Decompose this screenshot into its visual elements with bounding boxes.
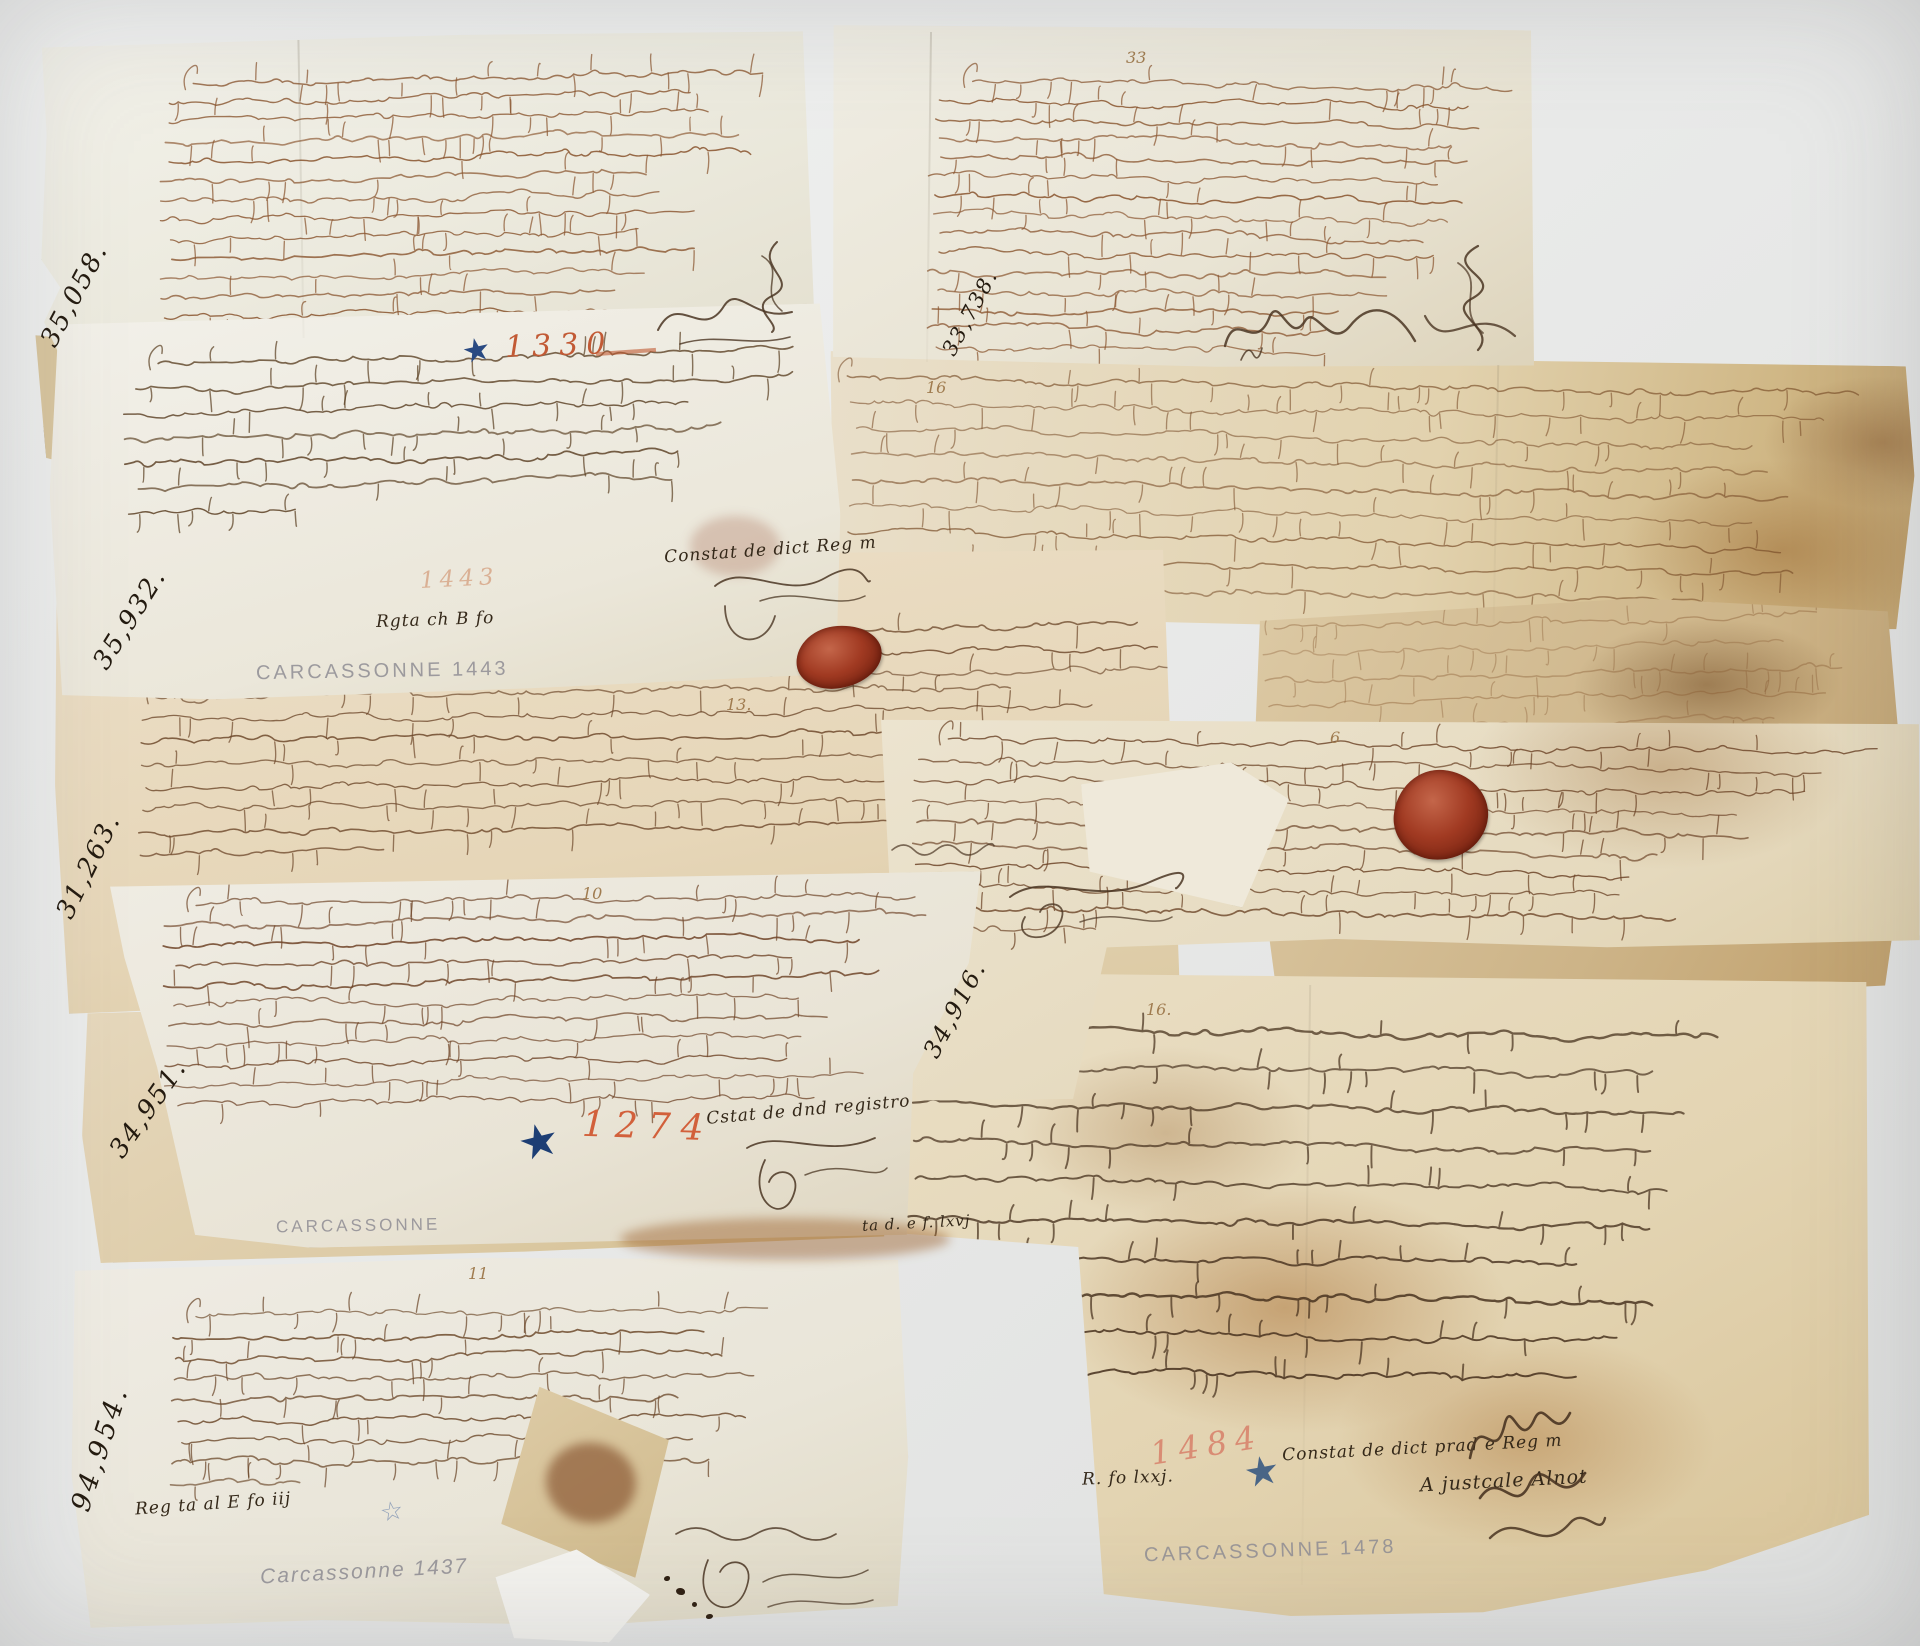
folio-number: 13.	[726, 695, 751, 714]
blue-star-stamp: ★	[1241, 1449, 1283, 1495]
ink-signature-flourish	[1000, 862, 1180, 947]
chalk-date-faint: 1443	[419, 564, 499, 594]
ink-signature-flourish	[735, 1120, 895, 1240]
folio-number: 16.	[1146, 1000, 1171, 1019]
folio-number: 16	[926, 378, 946, 397]
ink-signature-flourish	[668, 1512, 883, 1637]
folio-number: 11	[468, 1264, 488, 1283]
folio-number: 33	[1126, 48, 1146, 67]
notary-paraph	[1428, 238, 1528, 358]
notary-paraph	[742, 236, 812, 336]
ink-blot	[692, 1602, 697, 1607]
chalk-date: 1330	[504, 326, 614, 365]
photo-of-parchment-charters: 35,058. 33,738. 35,932. 31,263. 34,951. …	[0, 0, 1920, 1646]
registry-inscription: Rgta ch B fo	[376, 608, 495, 632]
chalk-date: 1274	[581, 1104, 714, 1150]
ink-signature-flourish	[705, 556, 875, 656]
notary-paraph-large	[1460, 1398, 1610, 1598]
registry-inscription: R. fo lxxj.	[1082, 1466, 1174, 1489]
stain	[542, 1438, 640, 1527]
pencil-caption: CARCASSONNE	[276, 1215, 441, 1238]
blue-ink-paraph	[1238, 342, 1264, 364]
folio-number: 10	[582, 884, 602, 903]
folio-number: 6	[1330, 728, 1340, 747]
pencil-caption: CARCASSONNE 1443	[256, 658, 509, 685]
blue-star-stamp-faint: ☆	[378, 1496, 405, 1526]
ink-note-squiggle	[888, 836, 998, 862]
ink-blot	[676, 1588, 685, 1595]
